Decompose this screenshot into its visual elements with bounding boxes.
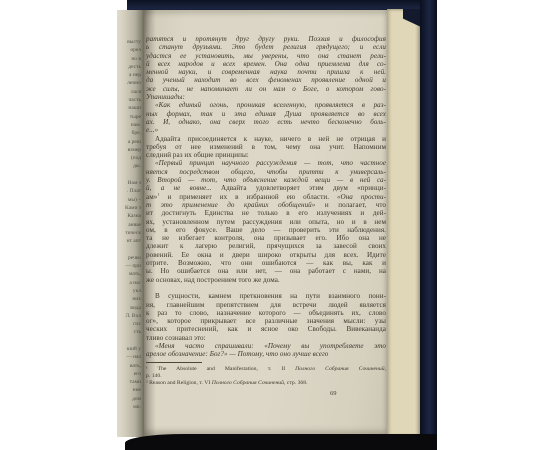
- book-cover-right-board: [420, 0, 437, 446]
- left-page-text-fragment: дом: [117, 395, 144, 403]
- left-page-text-fragment: Казна: [117, 212, 144, 220]
- left-page-text-fragment: [117, 171, 144, 179]
- left-page-text-fragment: речко: [117, 254, 144, 262]
- left-page-text-fragment: . Плат: [117, 187, 144, 195]
- text-line: «Как единый огонь, проникая вселенную, п…: [146, 101, 386, 109]
- text-line: следний раз их общие принципы:: [146, 151, 386, 159]
- text-line: р. 140.: [146, 373, 386, 380]
- left-page-text-fragment: но в: [117, 55, 144, 63]
- text-line: «Меня часто спрашивали: «Почему вы употр…: [146, 342, 386, 350]
- left-page-text-fragment: тыре: [117, 113, 144, 121]
- text-line: Адвайта присоединяется к науке, ничего в…: [146, 135, 386, 143]
- left-page-text-fragment: а реш: [117, 138, 144, 146]
- text-line: т это применение до крайних обобщений» и…: [146, 201, 386, 209]
- left-page-text-fragment: мать,: [117, 270, 144, 278]
- left-page-text-fragment: высту: [117, 38, 144, 46]
- left-page-text-fragment: Нам з: [117, 179, 144, 187]
- left-page-text-fragment: [117, 337, 144, 345]
- left-page-text-fragment: ший у: [117, 345, 144, 353]
- left-page-text-fragment: вида: [117, 304, 144, 312]
- book-cover-bottom-edge: [125, 434, 437, 450]
- text-line: ам»1 и применяет их в избранной ею облас…: [146, 193, 386, 201]
- text-line: «Первый принцип научного рассуждения — т…: [146, 159, 386, 167]
- text-line: ия, главнейшим препятствием для встречи …: [146, 301, 386, 309]
- text-line: у. Второй — тот, что объяснение каждой в…: [146, 176, 386, 184]
- text-line: та не избегает контроля, она призывает е…: [146, 234, 386, 242]
- left-page-text-fragment: взмер: [117, 146, 144, 154]
- left-page-text-fragment: наши: [117, 104, 144, 112]
- left-page-text-fragment: ленно: [117, 79, 144, 87]
- page-stack-fore-edge: [387, 9, 420, 436]
- text-line: ческих притеснений, как и ясное око Своб…: [146, 325, 386, 333]
- open-book: выстуорелно вдестьа нерленноласячастьнаш…: [117, 0, 437, 450]
- text-line: ровений. Ее окна и двери широко открыты …: [146, 251, 386, 259]
- text-line: к раз то слово, назначение которого — об…: [146, 309, 386, 317]
- text-line: длежит к лагерю религий, прячущихся за з…: [146, 242, 386, 250]
- left-page-text-fragment: сть: [117, 328, 144, 336]
- text-line: удастся ее установить, мы уверены, что о…: [146, 52, 386, 60]
- text-line: арелое обозначение: Бог?» — Потому, что …: [146, 350, 386, 358]
- left-page-text-fragment: них: [117, 295, 144, 303]
- right-page: ратятся и протянут друг другу руки. Поэз…: [144, 10, 387, 437]
- cover-corner-fold: [403, 9, 420, 55]
- text-line: й всех народов и всех времен. Она одна п…: [146, 60, 386, 68]
- left-page-text-fragment: Л. Вол: [117, 312, 144, 320]
- text-line: же основах, над построением того же дома…: [146, 276, 386, 284]
- text-line: отрите. Возможно, что они ошибаются — ка…: [146, 259, 386, 267]
- text-block: ратятся и протянут друг другу руки. Поэз…: [146, 35, 386, 359]
- left-page-text-fragment: лася: [117, 88, 144, 96]
- text-line: е...»: [146, 126, 386, 134]
- left-page-text-fragment: ми.: [117, 403, 144, 411]
- text-line: да ученый находит во всех феноменах проя…: [146, 76, 386, 84]
- left-page-text-fragment: анвае: [117, 221, 144, 229]
- footnote-divider: [146, 362, 202, 363]
- left-page-text-fragment: мы) –: [117, 196, 144, 204]
- left-page-text-fragment: а нер: [117, 71, 144, 79]
- left-page-text-fragment: нам.: [117, 121, 144, 129]
- left-page-text-fragment: а нас: [117, 279, 144, 287]
- left-page-text-fragment: ние: [117, 386, 144, 394]
- text-line: тливо сознавал это:: [146, 334, 386, 342]
- left-page-text-fragment: укл: [117, 287, 144, 295]
- text-line: требуя от нее изменений в том, чему она …: [146, 143, 386, 151]
- text-line: же силы, не напоминает ли он нам о Боге,…: [146, 85, 386, 93]
- left-page-text-fragment: тами: [117, 378, 144, 386]
- left-page-text-fragment: нт апт: [117, 237, 144, 245]
- text-line: менной науки, и современная наука почти …: [146, 68, 386, 76]
- left-page-text-fragment: Ками з: [117, 204, 144, 212]
- text-line: й, а не вовне... Адвайта удовлетворяет э…: [146, 184, 386, 192]
- left-page-text-fragment: бре,: [117, 129, 144, 137]
- left-page-text-fragment: [117, 245, 144, 253]
- book-photo: выстуорелно вдестьа нерленноласячастьнаш…: [0, 0, 550, 450]
- left-page-text-fragment: ды.: [117, 162, 144, 170]
- left-page-text-fragment: (под: [117, 154, 144, 162]
- text-line: Упанишады:: [146, 93, 386, 101]
- left-page-text-fragment: гих: [117, 320, 144, 328]
- left-page-text-fragment: вать,: [117, 362, 144, 370]
- text-line: ² Reason and Religion, т. VI Полного Соб…: [146, 380, 386, 387]
- text-line: ¹ The Absolute and Manifestation, т. II …: [146, 366, 386, 373]
- page-number: 69: [330, 390, 337, 397]
- left-page-text-fragment: — при: [117, 262, 144, 270]
- text-line: ях, установленном путем рассуждения или …: [146, 218, 386, 226]
- text-line: ь станут друзьями. Это будет религия гря…: [146, 43, 386, 51]
- left-page-text-fragment: десть: [117, 63, 144, 71]
- text-line: няется посредством общего, чтобы притти …: [146, 168, 386, 176]
- left-page-text-fragment: часть: [117, 96, 144, 104]
- text-line: ит достигнуть Единства не только в его и…: [146, 209, 386, 217]
- text-line: ратятся и протянут друг другу руки. Поэз…: [146, 35, 386, 43]
- left-page-gutter: выстуорелно вдестьа нерленноласячастьнаш…: [117, 10, 144, 437]
- text-line: ог», которое прикрывает все различные зн…: [146, 317, 386, 325]
- text-line: ных формах, так и эта единая Душа проявл…: [146, 110, 386, 118]
- text-line: ы. Но ошибается она или нет, — она работ…: [146, 267, 386, 275]
- footnotes: ¹ The Absolute and Manifestation, т. II …: [146, 362, 386, 387]
- left-page-text-fragment: тическ: [117, 229, 144, 237]
- left-page-text-fragment: орел: [117, 46, 144, 54]
- left-page-text-fragment: [117, 411, 144, 419]
- text-line: ом, в его фокусе. Ваше дело — проверить …: [146, 226, 386, 234]
- text-line: ах. И, однако, она сверх того есть нечто…: [146, 118, 386, 126]
- left-page-text-fragment: — нач: [117, 353, 144, 361]
- left-page-text-fragment: его: [117, 370, 144, 378]
- text-line: В сущности, камнем преткновения на пути …: [146, 292, 386, 300]
